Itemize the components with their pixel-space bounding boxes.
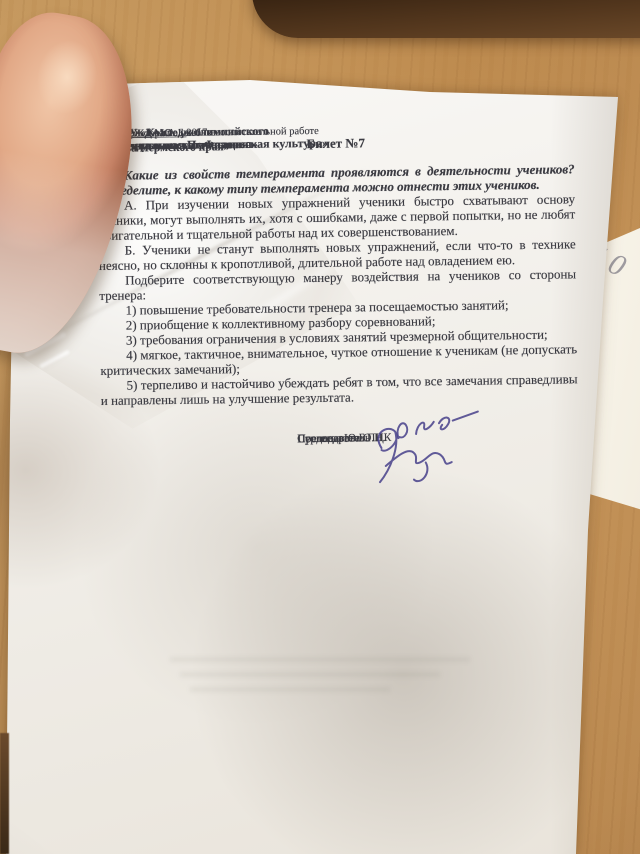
ink-showthrough xyxy=(180,672,440,677)
desk-shadow-sliver xyxy=(0,733,9,854)
signature-block: Преподаватель Сергеева Ю.Б. Председатель… xyxy=(101,421,578,428)
ink-showthrough xyxy=(190,687,390,692)
signature-ink-icon xyxy=(363,419,464,490)
paragraph-a: А. При изучении новых упражнений ученики… xyxy=(98,191,576,243)
answer-item-5: 5) терпеливо и настойчиво убеждать ребят… xyxy=(101,371,578,408)
photo-scene: 10 ГБПОУ «Колледж олимпийского резерва П… xyxy=(0,0,640,854)
document-content: ГБПОУ «Колледж олимпийского резерва Перм… xyxy=(97,120,578,428)
ink-showthrough xyxy=(170,657,470,662)
